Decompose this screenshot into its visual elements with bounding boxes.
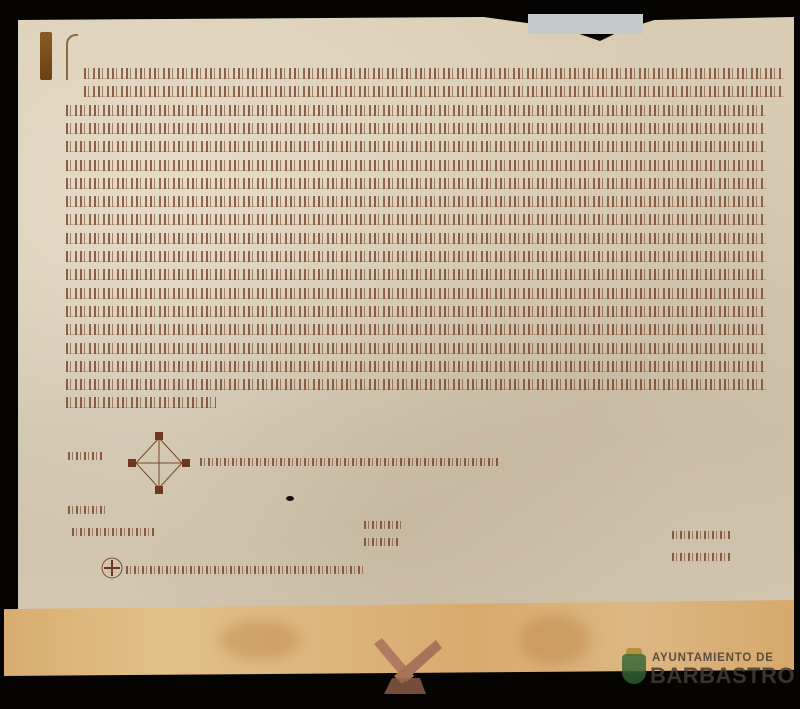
decorated-initial-flourish bbox=[66, 34, 78, 80]
watermark-line2: BARBASTRO bbox=[650, 663, 795, 689]
manuscript-line bbox=[66, 178, 766, 189]
manuscript-line bbox=[66, 306, 766, 317]
manuscript-line bbox=[66, 233, 766, 244]
manuscript-line bbox=[84, 86, 784, 97]
manuscript-line bbox=[66, 105, 766, 116]
witness-line bbox=[68, 506, 106, 514]
witness-line bbox=[672, 531, 730, 539]
signum-cross-icon bbox=[128, 432, 190, 494]
manuscript-line bbox=[66, 160, 766, 171]
manuscript-line bbox=[84, 68, 784, 79]
manuscript-line bbox=[66, 379, 766, 390]
manuscript-line bbox=[66, 343, 766, 354]
scribe-line bbox=[126, 566, 366, 574]
seal-cord-icon bbox=[370, 636, 446, 696]
decorated-initial bbox=[40, 32, 52, 80]
witness-line bbox=[364, 521, 404, 529]
torn-edge bbox=[528, 14, 643, 34]
coat-of-arms-icon bbox=[622, 654, 646, 684]
king-signature-line bbox=[200, 458, 500, 466]
witness-line bbox=[672, 553, 730, 561]
manuscript-line bbox=[66, 214, 766, 225]
watermark-logo: AYUNTAMIENTO DE BARBASTRO bbox=[620, 648, 790, 688]
signum-word bbox=[68, 452, 104, 460]
manuscript-line bbox=[66, 288, 766, 299]
manuscript-line bbox=[66, 251, 766, 262]
manuscript-line bbox=[66, 196, 766, 207]
manuscript-line bbox=[66, 141, 766, 152]
manuscript-line bbox=[66, 361, 766, 372]
manuscript-line bbox=[66, 269, 766, 280]
stain bbox=[520, 615, 590, 665]
manuscript-line bbox=[66, 123, 766, 134]
scribe-cross-icon bbox=[100, 556, 124, 580]
ink-blot bbox=[286, 496, 294, 501]
witness-line bbox=[364, 538, 400, 546]
stain bbox=[220, 620, 300, 660]
manuscript-line bbox=[66, 324, 766, 335]
witness-line bbox=[72, 528, 154, 536]
manuscript-line bbox=[66, 397, 216, 408]
